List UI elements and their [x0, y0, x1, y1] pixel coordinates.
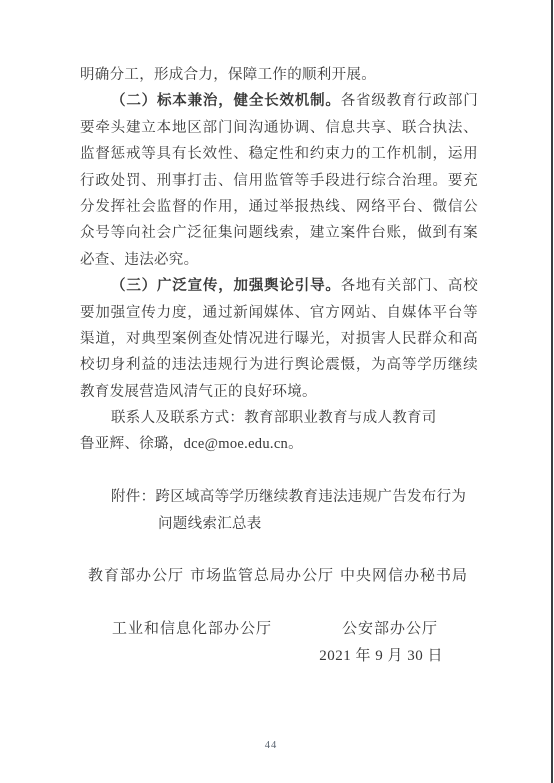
blank-line [80, 537, 478, 563]
attachment-line-1: 附件：跨区域高等学历继续教育违法违规广告发布行为 [80, 484, 478, 510]
section2-last-line: 必查、违法必究。 [80, 247, 478, 273]
attachment-line-2: 问题线索汇总表 [80, 511, 478, 537]
signature-row-2: 工业和信息化部办公厅 公安部办公厅 [80, 616, 478, 642]
section3-last-line: 教育发展营造风清气正的良好环境。 [80, 379, 478, 405]
section2-heading: （二）标本兼治，健全长效机制。 [111, 93, 341, 109]
attachment-label: 附件： [111, 489, 155, 505]
section2-line: 众号等向社会广泛征集问题线索，建立案件台账，做到有案 [80, 220, 478, 246]
paragraph-continuation-line: 明确分工，形成合力，保障工作的顺利开展。 [80, 62, 478, 88]
section2-line: 行政处罚、刑事打击、信用监管等手段进行综合治理。要充 [80, 168, 478, 194]
section3-line: 渠道，对典型案例查处情况进行曝光，对损害人民群众和高 [80, 326, 478, 352]
document-date: 2021 年 9 月 30 日 [80, 643, 478, 669]
contact-line-2: 鲁亚辉、徐璐，dce@moe.edu.cn。 [80, 431, 478, 457]
contact-line-1: 联系人及联系方式：教育部职业教育与成人教育司 [80, 405, 478, 431]
section2-line: 分发挥社会监督的作用，通过举报热线、网络平台、微信公 [80, 194, 478, 220]
document-body: 明确分工，形成合力，保障工作的顺利开展。 （二）标本兼治，健全长效机制。各省级教… [80, 62, 478, 669]
scan-edge-line [551, 0, 553, 783]
signer-mps-office: 公安部办公厅 [342, 616, 438, 642]
section2-line: 要牵头建立本地区部门间沟通协调、信息共享、联合执法、 [80, 115, 478, 141]
document-page: 明确分工，形成合力，保障工作的顺利开展。 （二）标本兼治，健全长效机制。各省级教… [0, 0, 554, 783]
blank-line [80, 590, 478, 616]
section2-line: 监督惩戒等具有长效性、稳定性和约束力的工作机制，运用 [80, 141, 478, 167]
signature-row-1: 教育部办公厅 市场监管总局办公厅 中央网信办秘书局 [80, 563, 478, 589]
section2-lead-rest: 各省级教育行政部门 [341, 93, 478, 109]
signer-moe-office: 教育部办公厅 [88, 563, 184, 589]
section3-heading: （三）广泛宣传，加强舆论引导。 [111, 278, 341, 294]
attachment-title-part1: 跨区域高等学历继续教育违法违规广告发布行为 [155, 489, 466, 505]
section3-lead-line: （三）广泛宣传，加强舆论引导。各地有关部门、高校 [80, 273, 478, 299]
section2-lead-line: （二）标本兼治，健全长效机制。各省级教育行政部门 [80, 88, 478, 114]
page-number: 44 [0, 740, 554, 751]
blank-line [80, 458, 478, 484]
signer-cac-office: 中央网信办秘书局 [340, 563, 468, 589]
section3-line: 要加强宣传力度，通过新闻媒体、官方网站、自媒体平台等 [80, 300, 478, 326]
section3-lead-rest: 各地有关部门、高校 [341, 278, 478, 294]
signer-samr-office: 市场监管总局办公厅 [190, 563, 334, 589]
section3-line: 校切身利益的违法违规行为进行舆论震慑，为高等学历继续 [80, 352, 478, 378]
signer-miit-office: 工业和信息化部办公厅 [112, 616, 272, 642]
